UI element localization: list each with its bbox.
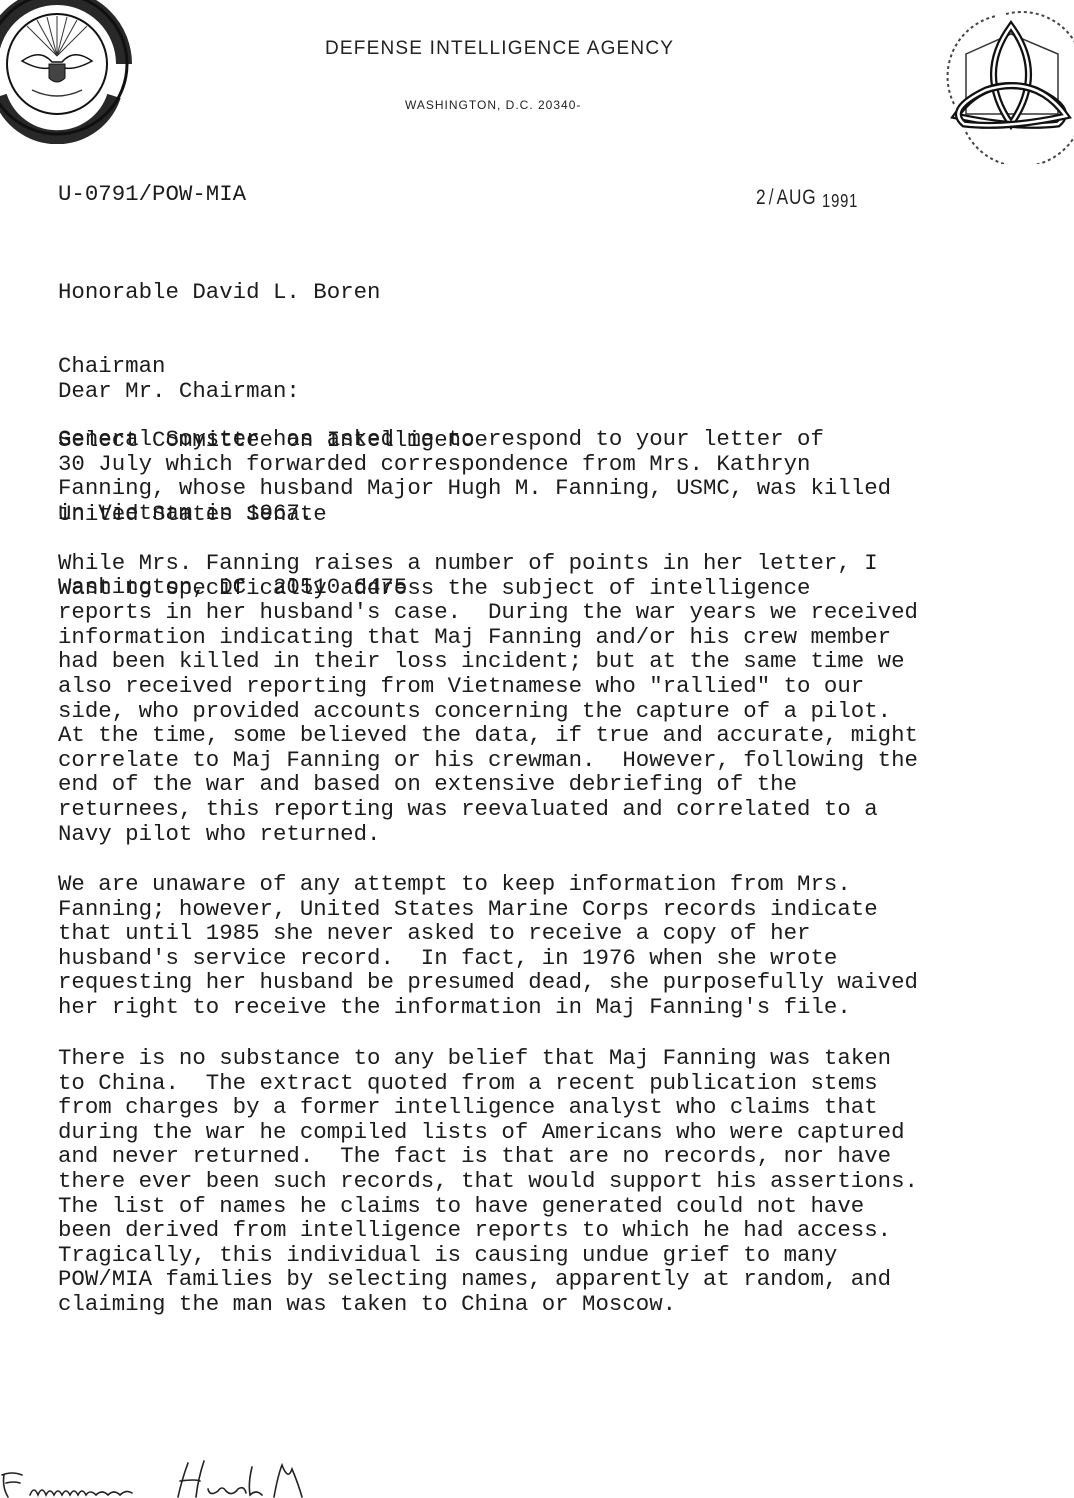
paragraph-line: 30 July which forwarded correspondence f… bbox=[58, 452, 891, 477]
paragraph-line: returnees, this reporting was reevaluate… bbox=[58, 797, 918, 822]
date-stamp: 2 ̸ AUG 1991 bbox=[756, 186, 858, 210]
date-stamp-year: 1991 bbox=[822, 191, 858, 211]
handwriting-icon bbox=[0, 1455, 320, 1498]
paragraph-line: While Mrs. Fanning raises a number of po… bbox=[58, 551, 918, 576]
paragraph-line: during the war he compiled lists of Amer… bbox=[58, 1120, 918, 1145]
body-paragraph-2: While Mrs. Fanning raises a number of po… bbox=[58, 551, 918, 846]
agency-address: WASHINGTON, D.C. 20340- bbox=[405, 98, 581, 112]
date-stamp-day: 2 ̸ bbox=[756, 186, 772, 209]
paragraph-line: had been killed in their loss incident; … bbox=[58, 649, 918, 674]
body-paragraph-1: General Soyster has asked me to respond … bbox=[58, 427, 891, 525]
salutation: Dear Mr. Chairman: bbox=[58, 379, 300, 404]
paragraph-line: to China. The extract quoted from a rece… bbox=[58, 1071, 918, 1096]
paragraph-line: There is no substance to any belief that… bbox=[58, 1046, 918, 1071]
paragraph-line: from charges by a former intelligence an… bbox=[58, 1095, 918, 1120]
paragraph-line: side, who provided accounts concerning t… bbox=[58, 699, 918, 724]
paragraph-line: been derived from intelligence reports t… bbox=[58, 1218, 918, 1243]
paragraph-line: information indicating that Maj Fanning … bbox=[58, 625, 918, 650]
constitution-bicentennial-seal-icon bbox=[936, 4, 1074, 164]
paragraph-line: POW/MIA families by selecting names, app… bbox=[58, 1267, 918, 1292]
agency-name: DEFENSE INTELLIGENCE AGENCY bbox=[325, 38, 674, 60]
paragraph-line: At the time, some believed the data, if … bbox=[58, 723, 918, 748]
paragraph-line: claiming the man was taken to China or M… bbox=[58, 1292, 918, 1317]
paragraph-line: Navy pilot who returned. bbox=[58, 822, 918, 847]
paragraph-line: We are unaware of any attempt to keep in… bbox=[58, 872, 918, 897]
paragraph-line: Fanning; however, United States Marine C… bbox=[58, 897, 918, 922]
department-of-defense-seal-icon bbox=[0, 0, 132, 144]
body-paragraph-3: We are unaware of any attempt to keep in… bbox=[58, 872, 918, 1020]
paragraph-line: The list of names he claims to have gene… bbox=[58, 1194, 918, 1219]
paragraph-line: reports in her husband's case. During th… bbox=[58, 600, 918, 625]
paragraph-line: that until 1985 she never asked to recei… bbox=[58, 921, 918, 946]
paragraph-line: end of the war and based on extensive de… bbox=[58, 772, 918, 797]
paragraph-line: in Vietnam in 1967. bbox=[58, 501, 891, 526]
reference-number: U-0791/POW-MIA bbox=[58, 182, 246, 207]
body-paragraph-4: There is no substance to any belief that… bbox=[58, 1046, 918, 1317]
paragraph-line: Tragically, this individual is causing u… bbox=[58, 1243, 918, 1268]
paragraph-line: want to specifically address the subject… bbox=[58, 576, 918, 601]
recipient-line: Honorable David L. Boren bbox=[58, 280, 488, 305]
paragraph-line: General Soyster has asked me to respond … bbox=[58, 427, 891, 452]
paragraph-line: there ever been such records, that would… bbox=[58, 1169, 918, 1194]
paragraph-line: husband's service record. In fact, in 19… bbox=[58, 946, 918, 971]
paragraph-line: and never returned. The fact is that are… bbox=[58, 1144, 918, 1169]
date-stamp-month: AUG bbox=[777, 186, 817, 209]
paragraph-line: also received reporting from Vietnamese … bbox=[58, 674, 918, 699]
paragraph-line: Fanning, whose husband Major Hugh M. Fan… bbox=[58, 476, 891, 501]
paragraph-line: requesting her husband be presumed dead,… bbox=[58, 970, 918, 995]
recipient-line: Chairman bbox=[58, 354, 488, 379]
paragraph-line: her right to receive the information in … bbox=[58, 995, 918, 1020]
paragraph-line: correlate to Maj Fanning or his crewman.… bbox=[58, 748, 918, 773]
